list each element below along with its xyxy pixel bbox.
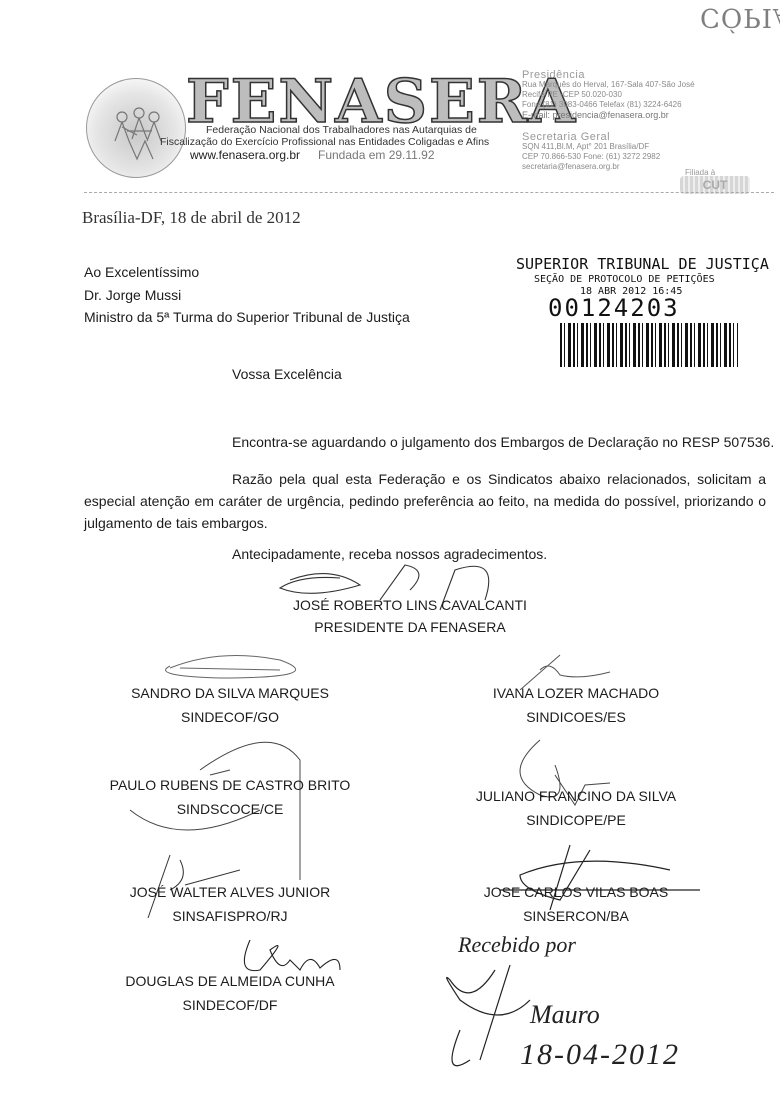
presidencia-heading: Presidência [522, 70, 695, 80]
signatory-name: DOUGLAS DE ALMEIDA CUNHA [90, 973, 370, 989]
founded-date: Fundada em 29.11.92 [318, 148, 435, 162]
letterhead-divider [84, 192, 774, 193]
signatory-name: JOSÉ WALTER ALVES JUNIOR [90, 884, 370, 900]
recipient-line: Dr. Jorge Mussi [84, 287, 181, 303]
president-name: JOSÉ ROBERTO LINS CAVALCANTI [270, 597, 550, 613]
presidencia-email[interactable]: E-mail: presidencia@fenasera.org.br [522, 110, 695, 120]
signatory-union: SINDICOES/ES [436, 709, 716, 725]
stamp-number: 00124203 [548, 294, 680, 322]
presidencia-line: Recife-PE -CEP 50.020-030 [522, 90, 695, 100]
signature-scribble-icon [500, 650, 620, 690]
presidencia-block: Presidência Rua Marquês do Herval, 167-S… [522, 70, 695, 120]
paragraph-1: Encontra-se aguardando o julgamento dos … [232, 434, 774, 450]
signatory-name: JOSE CARLOS VILAS BOAS [436, 884, 716, 900]
federation-line-2: Fiscalização do Exercício Profissional n… [160, 136, 489, 148]
presidencia-line: Fone (81) 3083-0466 Telefax (81) 3224-64… [522, 100, 695, 110]
recipient-line: Ministro da 5ª Turma do Superior Tribuna… [84, 309, 410, 325]
recipient-line: Ao Excelentíssimo [84, 264, 199, 280]
receipt-signature-name: Mauro [530, 1000, 600, 1030]
salutation: Vossa Excelência [232, 366, 342, 382]
signatory-union: SINDECOF/DF [90, 997, 370, 1013]
signatory-name: PAULO RUBENS DE CASTRO BRITO [90, 777, 370, 793]
stamp-court: SUPERIOR TRIBUNAL DE JUSTIÇA [516, 255, 769, 273]
signatory-name: SANDRO DA SILVA MARQUES [90, 685, 370, 701]
secretaria-line: CEP 70.866-530 Fone: (61) 3272 2982 [522, 152, 660, 162]
copy-stamp: CÓPIA [700, 2, 780, 32]
signatory-union: SINSAFISPRO/RJ [90, 908, 370, 924]
signatory-union: SINDECOF/GO [90, 709, 370, 725]
presidencia-line: Rua Marquês do Herval, 167-Sala 407-São … [522, 80, 695, 90]
signature-scribble-icon [130, 648, 330, 688]
secretaria-email[interactable]: secretaria@fenasera.org.br [522, 162, 660, 172]
signatory-union: SINDICOPE/PE [436, 812, 716, 828]
stamp-section: SEÇÃO DE PROTOCOLO DE PETIÇÕES [534, 274, 715, 285]
receipt-label: Recebido por [458, 932, 576, 958]
website-link[interactable]: www.fenasera.org.br [190, 148, 300, 162]
place-date: Brasília-DF, 18 de abril de 2012 [82, 208, 301, 228]
secretaria-line: SQN 411,Bl.M, Apt° 201 Brasília/DF [522, 142, 660, 152]
secretaria-block: Secretaria Geral SQN 411,Bl.M, Apt° 201 … [522, 132, 660, 172]
signatory-union: SINDSCOCE/CE [90, 801, 370, 817]
receipt-date: 18-04-2012 [520, 1038, 680, 1072]
signatory-union: SINSERCON/BA [436, 908, 716, 924]
secretaria-heading: Secretaria Geral [522, 132, 660, 142]
paragraph-2: Razão pela qual esta Federação e os Sind… [84, 468, 766, 534]
fenasera-logo-icon [86, 78, 186, 178]
brand-name: FENASERA [186, 72, 577, 132]
signatory-name: IVANA LOZER MACHADO [436, 685, 716, 701]
president-role: PRESIDENTE DA FENASERA [270, 619, 550, 635]
protocol-barcode [560, 323, 738, 367]
signatory-name: JULIANO FRANCINO DA SILVA [436, 788, 716, 804]
federation-line-1: Federação Nacional dos Trabalhadores nas… [206, 124, 477, 136]
